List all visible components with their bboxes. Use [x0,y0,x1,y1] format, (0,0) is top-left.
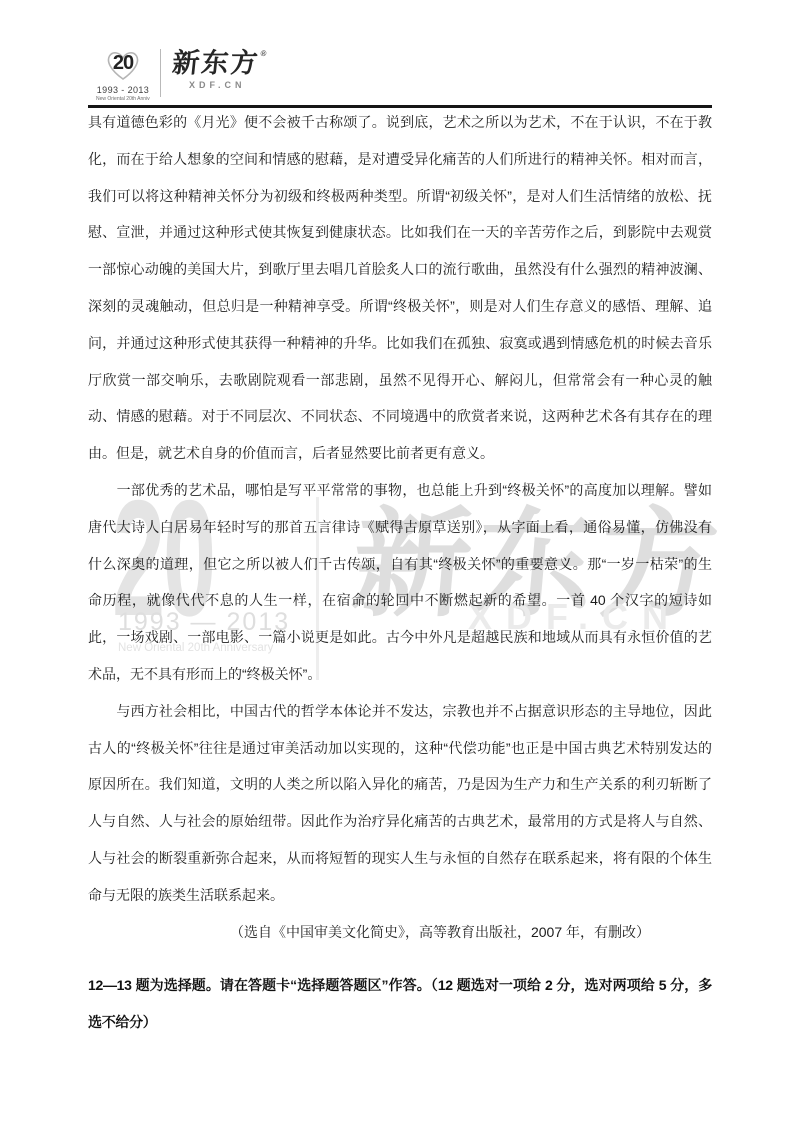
header-rule [88,105,712,108]
citation: （选自《中国审美文化简史》，高等教育出版社，2007 年，有删改） [88,914,712,951]
text-line: 12—13 题为选择题。请在答题卡“选择题答题区”作答。（12 题选对一项给 2… [88,967,712,1004]
text-line: 人与社会的断裂重新弥合起来，从而将短暂的现实人生与永恒的自然存在联系起来，将有限… [88,840,712,877]
paragraph-1: 具有道德色彩的《月光》便不会被千古称颂了。说到底，艺术之所以为艺术，不在于认识，… [88,104,712,472]
anniversary-number: 20 [104,52,142,75]
brand-logo: 新东方® XDF.CN [171,48,264,90]
anniversary-heart-logo: 20 [104,48,142,82]
text-line: 厅欣赏一部交响乐，去歌剧院观看一部悲剧，虽然不见得开心、解闷儿，但常常会有一种心… [88,362,712,399]
brand-name: 新东方® [171,50,267,77]
text-line: 选不给分） [88,1004,712,1041]
text-line: 我们可以将这种精神关怀分为初级和终极两种类型。所谓“初级关怀”，是对人们生活情绪… [88,178,712,215]
logo-divider [160,49,161,97]
document-page: 20 1993 — 2013 New Oriental 20th Anniver… [0,0,800,1131]
text-line: 慰、宣泄，并通过这种形式使其恢复到健康状态。比如我们在一天的辛苦劳作之后，到影院… [88,214,712,251]
text-line: 什么深奥的道理，但它之所以被人们千古传颂，自有其“终极关怀”的重要意义。那“一岁… [88,546,712,583]
text-line: 原因所在。我们知道，文明的人类之所以陷入异化的痛苦，乃是因为生产力和生产关系的利… [88,766,712,803]
text-line: 由。但是，就艺术自身的价值而言，后者显然要比前者更有意义。 [88,435,712,472]
text-line: 此，一场戏剧、一部电影、一篇小说更是如此。古今中外凡是超越民族和地域从而具有永恒… [88,619,712,656]
text-line: 深刻的灵魂触动，但总归是一种精神享受。所谓“终极关怀”，则是对人们生存意义的感悟… [88,288,712,325]
header-logo: 20 1993 - 2013 New Oriental 20th Anniver… [96,48,264,102]
text-line: 具有道德色彩的《月光》便不会被千古称颂了。说到底，艺术之所以为艺术，不在于认识，… [88,104,712,141]
paragraph-2: 一部优秀的艺术品，哪怕是写平平常常的事物，也总能上升到“终极关怀”的高度加以理解… [88,472,712,693]
text-line: 一部优秀的艺术品，哪怕是写平平常常的事物，也总能上升到“终极关怀”的高度加以理解… [88,472,712,509]
text-line: 化，而在于给人想象的空间和情感的慰藉，是对遭受异化痛苦的人们所进行的精神关怀。相… [88,141,712,178]
paragraph-3: 与西方社会相比，中国古代的哲学本体论并不发达，宗教也并不占据意识形态的主导地位，… [88,693,712,914]
registered-mark-icon: ® [260,49,267,58]
question-instructions: 12—13 题为选择题。请在答题卡“选择题答题区”作答。（12 题选对一项给 2… [88,967,712,1041]
text-line: 古人的“终极关怀”往往是通过审美活动加以实现的，这种“代偿功能”也正是中国古典艺… [88,730,712,767]
text-line: 问，并通过这种形式使其获得一种精神的升华。比如我们在孤独、寂寞或遇到情感危机的时… [88,325,712,362]
article-body: 具有道德色彩的《月光》便不会被千古称颂了。说到底，艺术之所以为艺术，不在于认识，… [88,104,712,1041]
brand-name-text: 新东方 [171,48,261,78]
anniversary-tagline: New Oriental 20th Anniversary [96,96,150,102]
text-line: 一部惊心动魄的美国大片，到歌厅里去唱几首脍炙人口的流行歌曲，虽然没有什么强烈的精… [88,251,712,288]
text-line: 与西方社会相比，中国古代的哲学本体论并不发达，宗教也并不占据意识形态的主导地位，… [88,693,712,730]
brand-domain: XDF.CN [189,80,264,90]
text-line: 术品，无不具有形而上的“终极关怀”。 [88,656,712,693]
anniversary-years: 1993 - 2013 [96,85,150,95]
text-line: 命与无限的族类生活联系起来。 [88,877,712,914]
text-line: 唐代大诗人白居易年轻时写的那首五言律诗《赋得古原草送别》，从字面上看，通俗易懂，… [88,509,712,546]
text-line: 命历程，就像代代不息的人生一样，在宿命的轮回中不断燃起新的希望。一首 40 个汉… [88,582,712,619]
text-line: 动、情感的慰藉。对于不同层次、不同状态、不同境遇中的欣赏者来说，这两种艺术各有其… [88,398,712,435]
text-line: 人与自然、人与社会的原始纽带。因此作为治疗异化痛苦的古典艺术，最常用的方式是将人… [88,803,712,840]
anniversary-logo: 20 1993 - 2013 New Oriental 20th Anniver… [96,48,150,102]
